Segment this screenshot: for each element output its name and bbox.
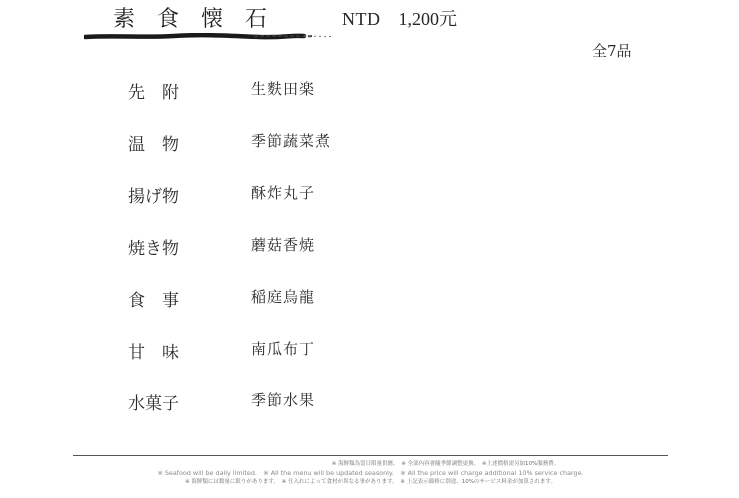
course-category: 水菓子 — [128, 389, 179, 414]
course-dish: 酥炸丸子 — [251, 182, 315, 203]
course-dish: 稲庭烏龍 — [251, 286, 315, 307]
course-dish: 季節蔬菜煮 — [251, 130, 331, 151]
course-category: 先 附 — [128, 78, 179, 103]
course-row: 焼き物 蘑菇香焼 — [0, 234, 739, 258]
course-dish: 南瓜布丁 — [251, 338, 315, 359]
footer-divider — [73, 455, 668, 456]
course-category: 温 物 — [128, 130, 179, 155]
course-row: 水菓子 季節水果 — [0, 389, 739, 413]
course-row: 食 事 稲庭烏龍 — [0, 286, 739, 310]
course-dish: 生麩田楽 — [251, 78, 315, 99]
course-dish: 季節水果 — [251, 389, 315, 410]
course-category: 食 事 — [128, 286, 179, 311]
note-japanese: ※ 海鮮類には数量に限りがあります。 ※ 仕入れによって食材が異なる事があります… — [73, 478, 668, 487]
course-row: 揚げ物 酥炸丸子 — [0, 182, 739, 206]
footer-notes: ※ 海鮮類為當日限量供應。 ※ 全部內容會隨季節調整更換。 ※上述價格需另加10… — [73, 460, 668, 487]
course-category: 揚げ物 — [128, 182, 179, 207]
course-category: 甘 味 — [128, 338, 179, 363]
course-dish: 蘑菇香焼 — [251, 234, 315, 255]
course-row: 先 附 生麩田楽 — [0, 78, 739, 102]
course-category: 焼き物 — [128, 234, 179, 259]
note-chinese: ※ 海鮮類為當日限量供應。 ※ 全部內容會隨季節調整更換。 ※上述價格需另加10… — [73, 460, 668, 469]
course-row: 温 物 季節蔬菜煮 — [0, 130, 739, 154]
course-row: 甘 味 南瓜布丁 — [0, 338, 739, 362]
course-list: 先 附 生麩田楽 温 物 季節蔬菜煮 揚げ物 酥炸丸子 焼き物 蘑菇香焼 食 事… — [0, 0, 739, 440]
note-english: ※ Seafood will be daily limited. ※ All t… — [73, 469, 668, 478]
